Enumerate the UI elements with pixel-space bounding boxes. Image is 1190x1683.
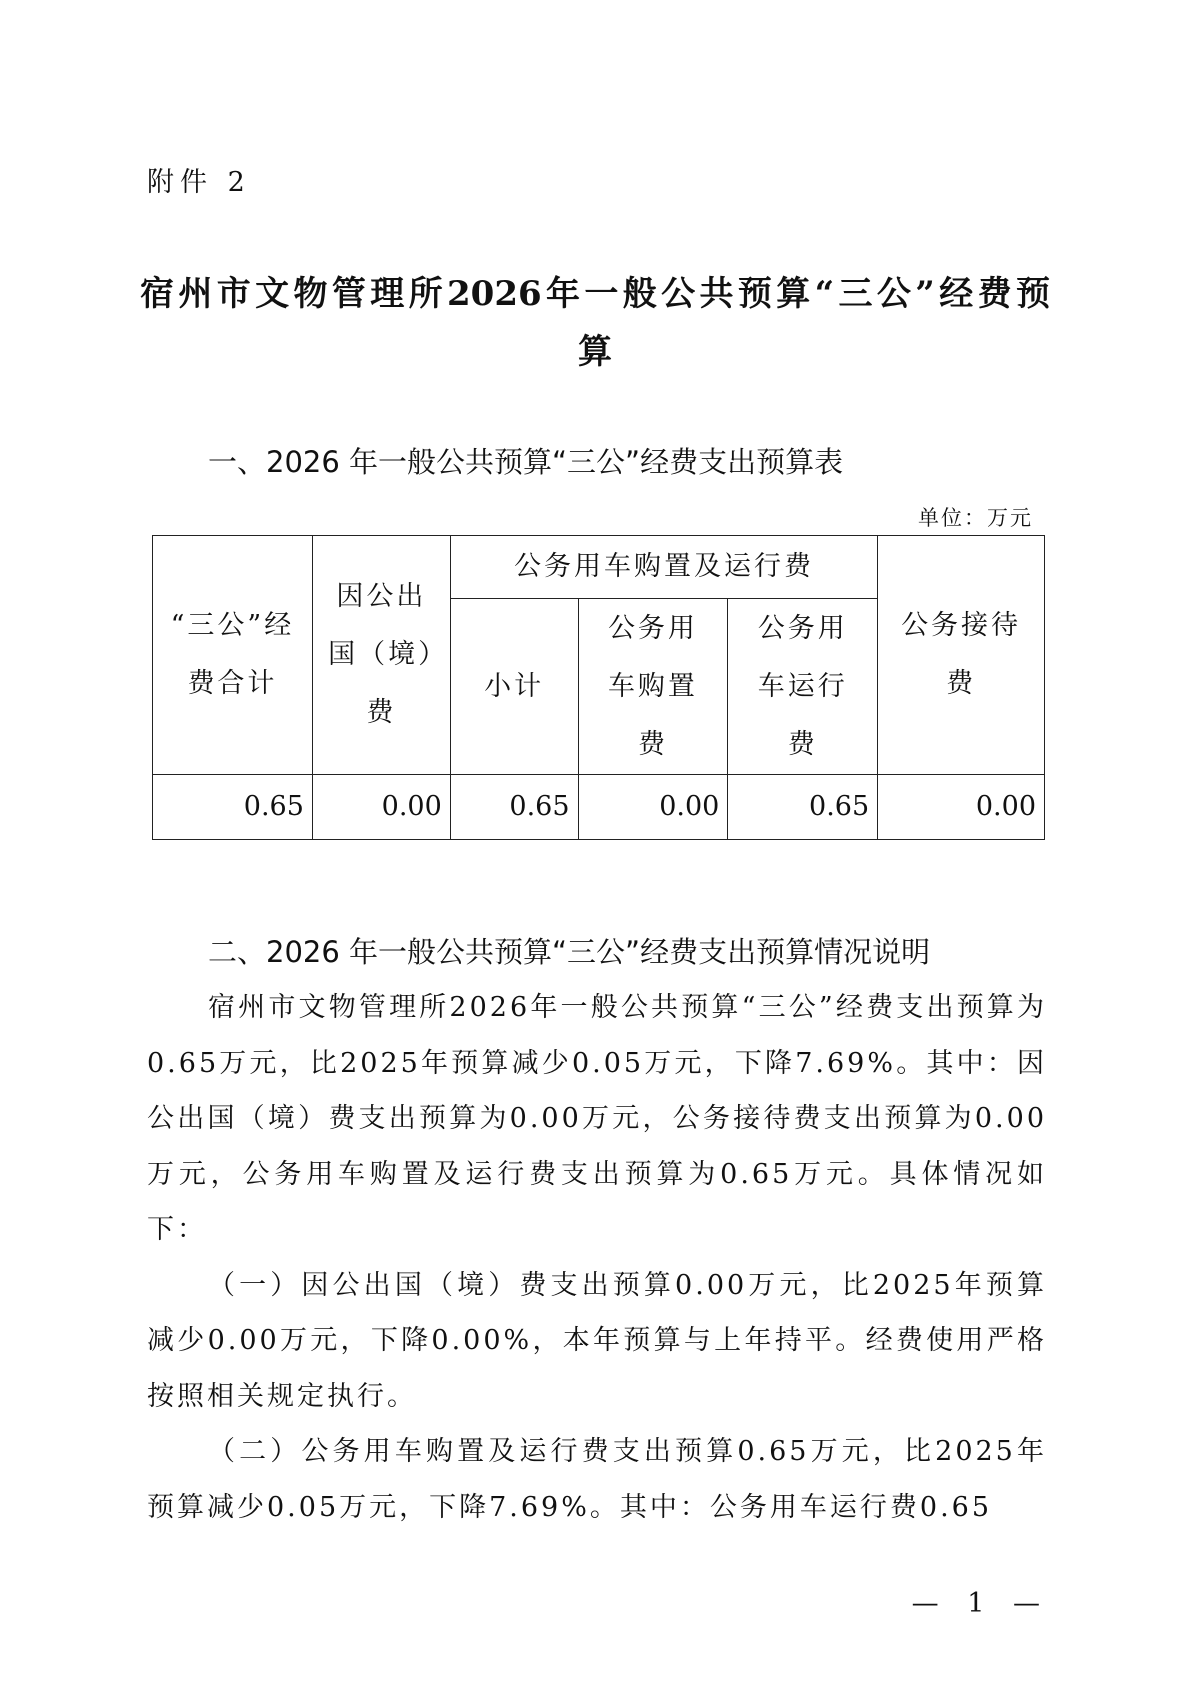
title-line-2: 算 [140,323,1050,381]
section-2-heading: 二、2026 年一般公共预算“三公”经费支出预算情况说明 [208,930,930,971]
header-reception-label: 公务接待费 [901,597,1021,713]
paragraph-abroad: （一）因公出国（境）费支出预算0.00万元，比2025年预算减少0.00万元，下… [147,1258,1047,1425]
three-public-expenses-table: “三公”经费合计 因公出国（境）费 公务用车购置及运行费 公务接待费 小计 公务… [152,535,1045,840]
paragraph-vehicle: （二）公务用车购置及运行费支出预算0.65万元，比2025年预算减少0.05万元… [147,1424,1047,1535]
header-total: “三公”经费合计 [153,536,313,775]
cell-subtotal: 0.65 [450,775,578,840]
header-vehicle-purchase-label: 公务用车购置费 [605,600,700,774]
cell-abroad: 0.00 [312,775,450,840]
section-1-heading: 一、2026 年一般公共预算“三公”经费支出预算表 [208,440,843,481]
header-vehicle-purchase: 公务用车购置费 [578,599,728,775]
header-subtotal: 小计 [450,599,578,775]
unit-label: 单位：万元 [918,502,1033,532]
header-abroad: 因公出国（境）费 [312,536,450,775]
table-row: 0.65 0.00 0.65 0.00 0.65 0.00 [153,775,1045,840]
cell-reception: 0.00 [878,775,1045,840]
header-reception: 公务接待费 [878,536,1045,775]
document-page: 附件 2 宿州市文物管理所2026年一般公共预算“三公”经费预 算 一、2026… [0,0,1190,1683]
header-vehicle-operation: 公务用车运行费 [728,599,878,775]
paragraph-summary: 宿州市文物管理所2026年一般公共预算“三公”经费支出预算为0.65万元，比20… [147,980,1047,1258]
cell-vehicle-purchase: 0.00 [578,775,728,840]
header-abroad-label: 因公出国（境）费 [326,568,436,742]
table-header-row-1: “三公”经费合计 因公出国（境）费 公务用车购置及运行费 公务接待费 [153,536,1045,599]
section-2-body: 宿州市文物管理所2026年一般公共预算“三公”经费支出预算为0.65万元，比20… [147,980,1047,1535]
cell-vehicle-operation: 0.65 [728,775,878,840]
attachment-label: 附件 2 [147,160,251,199]
header-total-label: “三公”经费合计 [167,597,297,713]
document-title: 宿州市文物管理所2026年一般公共预算“三公”经费预 算 [140,265,1050,381]
cell-total: 0.65 [153,775,313,840]
page-number: — 1 — [912,1588,1050,1619]
header-vehicle-group: 公务用车购置及运行费 [450,536,877,599]
header-vehicle-operation-label: 公务用车运行费 [755,600,850,774]
title-line-1: 宿州市文物管理所2026年一般公共预算“三公”经费预 [140,265,1050,323]
